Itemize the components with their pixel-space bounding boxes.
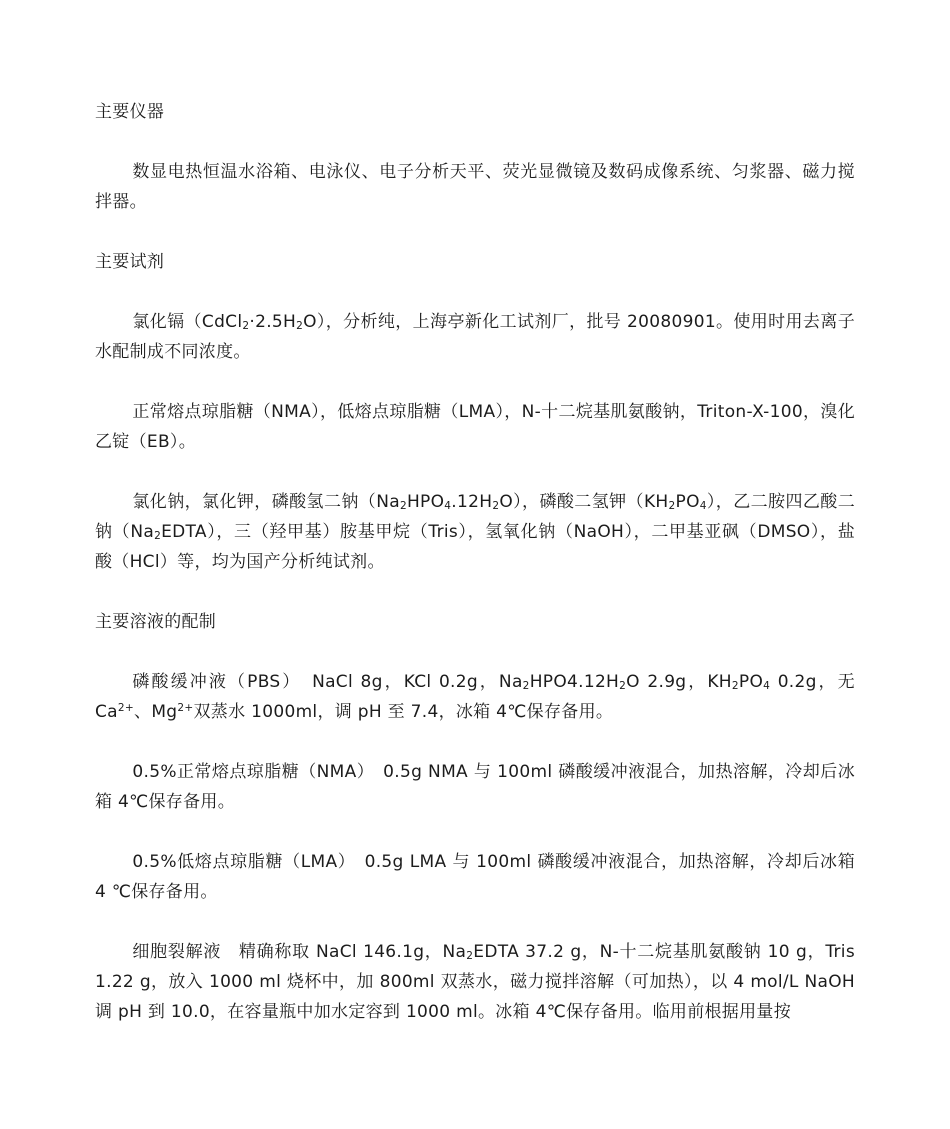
paragraph-pbs-buffer: 磷酸缓冲液（PBS） NaCl 8g，KCl 0.2g，Na2HPO4.12H2… xyxy=(95,667,855,727)
paragraph-inorganic-reagents: 氯化钠，氯化钾，磷酸氢二钠（Na2HPO4.12H2O），磷酸二氢钾（KH2PO… xyxy=(95,487,855,577)
section-heading-reagents: 主要试剂 xyxy=(95,247,855,277)
paragraph-instruments-list: 数显电热恒温水浴箱、电泳仪、电子分析天平、荧光显微镜及数码成像系统、匀浆器、磁力… xyxy=(95,157,855,217)
paragraph-agarose-reagents: 正常熔点琼脂糖（NMA），低熔点琼脂糖（LMA），N-十二烷基肌氨酸钠，Trit… xyxy=(95,397,855,457)
section-heading-solutions: 主要溶液的配制 xyxy=(95,607,855,637)
paragraph-cadmium-chloride: 氯化镉（CdCl2·2.5H2O），分析纯，上海亭新化工试剂厂，批号 20080… xyxy=(95,307,855,367)
paragraph-nma-solution: 0.5%正常熔点琼脂糖（NMA） 0.5g NMA 与 100ml 磷酸缓冲液混… xyxy=(95,757,855,817)
paragraph-lma-solution: 0.5%低熔点琼脂糖（LMA） 0.5g LMA 与 100ml 磷酸缓冲液混合… xyxy=(95,847,855,907)
section-heading-instruments: 主要仪器 xyxy=(95,97,855,127)
paragraph-cell-lysis-solution: 细胞裂解液 精确称取 NaCl 146.1g，Na2EDTA 37.2 g，N-… xyxy=(95,937,855,1027)
document-page: 主要仪器 数显电热恒温水浴箱、电泳仪、电子分析天平、荧光显微镜及数码成像系统、匀… xyxy=(0,0,950,1129)
